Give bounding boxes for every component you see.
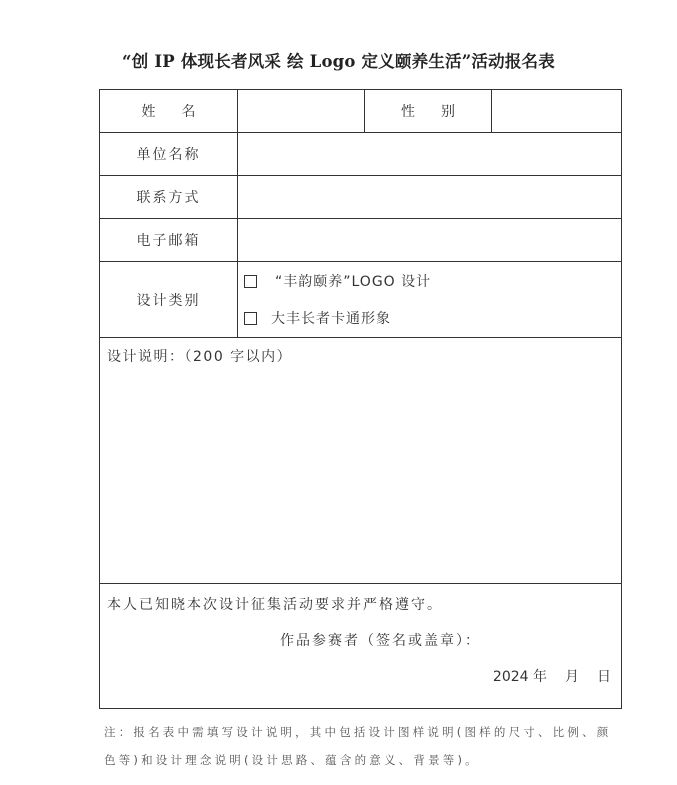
page-title: “创 IP 体现长者风采 绘 Logo 定义颐养生活”活动报名表 (0, 48, 677, 72)
signature-field[interactable] (500, 626, 615, 652)
checkbox-logo-design[interactable] (244, 275, 257, 288)
contact-label: 联系方式 (100, 176, 237, 218)
design-description-field[interactable] (100, 365, 621, 581)
option-cartoon-character[interactable]: 大丰长者卡通形象 (244, 308, 391, 328)
signature-date: 2024 年 月 日 (493, 666, 611, 686)
email-field[interactable] (238, 219, 621, 261)
footnote: 注：报名表中需填写设计说明，其中包括设计图样说明(图样的尺寸、比例、颜色等)和设… (104, 718, 624, 774)
design-category-label: 设计类别 (100, 262, 237, 337)
contact-field[interactable] (238, 176, 621, 218)
registration-form: 姓名 性别 单位名称 联系方式 电子邮箱 设计类别 “丰韵颐养”LOGO 设计 … (99, 89, 622, 709)
checkbox-cartoon-character[interactable] (244, 312, 257, 325)
email-label: 电子邮箱 (100, 219, 237, 261)
row-divider (100, 583, 621, 584)
pledge-statement: 本人已知晓本次设计征集活动要求并严格遵守。 (107, 594, 443, 614)
design-description-label: 设计说明：（200 字以内） (107, 346, 292, 366)
signature-label: 作品参赛者（签名或盖章）： (280, 630, 481, 650)
name-label: 姓名 (100, 90, 237, 132)
row-divider (100, 337, 621, 338)
option-logo-design-label: “丰韵颐养”LOGO 设计 (275, 271, 431, 291)
gender-field[interactable] (492, 90, 621, 132)
organization-field[interactable] (238, 133, 621, 175)
date-day: 日 (597, 666, 611, 686)
organization-label: 单位名称 (100, 133, 237, 175)
name-field[interactable] (238, 90, 364, 132)
date-month: 月 (565, 666, 579, 686)
date-year: 2024 年 (493, 666, 547, 686)
option-logo-design[interactable]: “丰韵颐养”LOGO 设计 (244, 271, 431, 291)
option-cartoon-character-label: 大丰长者卡通形象 (271, 308, 391, 328)
gender-label: 性别 (365, 90, 491, 132)
